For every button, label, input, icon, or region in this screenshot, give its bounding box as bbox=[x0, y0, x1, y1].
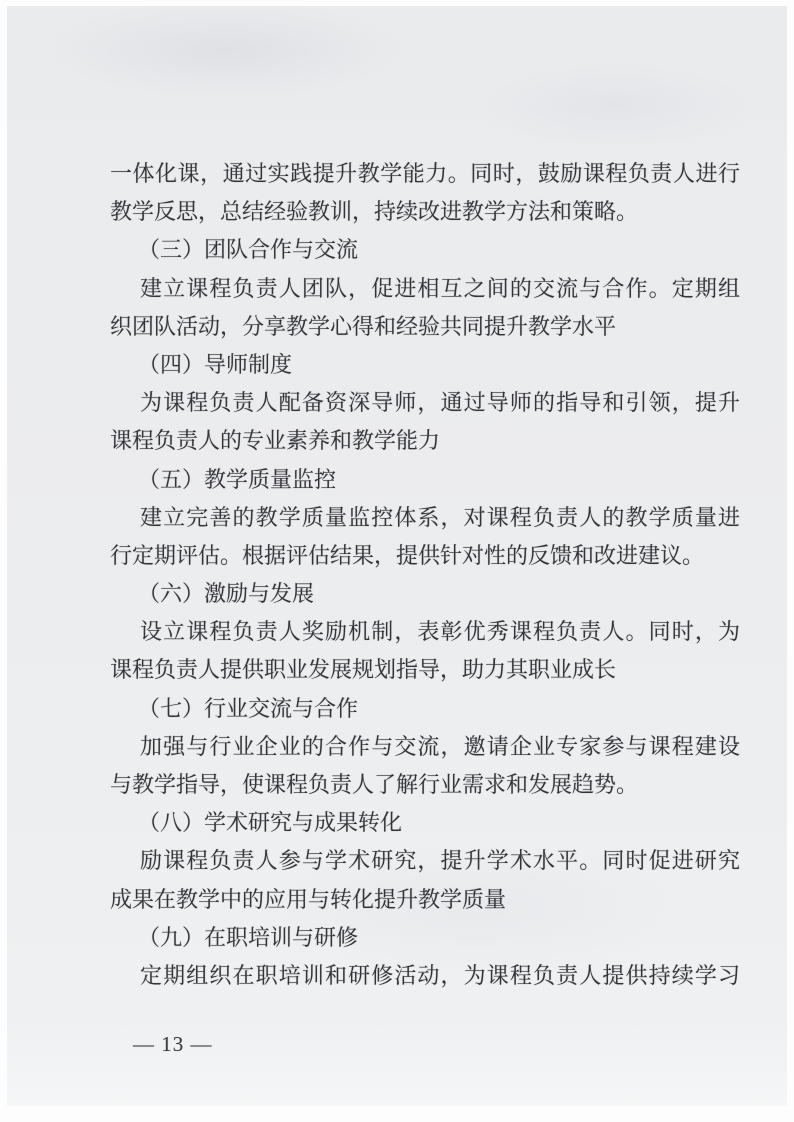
text-line: 行定期评估。根据评估结果，提供针对性的反馈和改进建议。 bbox=[110, 537, 740, 575]
text-line: 为课程负责人配备资深导师，通过导师的指导和引领，提升 bbox=[110, 384, 740, 422]
section-heading: （四）导师制度 bbox=[110, 346, 740, 384]
text-line: 成果在教学中的应用与转化提升教学质量 bbox=[110, 881, 740, 919]
text-line: 建立课程负责人团队，促进相互之间的交流与合作。定期组 bbox=[110, 270, 740, 308]
text-line: 一体化课，通过实践提升教学能力。同时，鼓励课程负责人进行 bbox=[110, 155, 740, 193]
section-heading: （八）学术研究与成果转化 bbox=[110, 804, 740, 842]
text-line: 定期组织在职培训和研修活动，为课程负责人提供持续学习 bbox=[110, 957, 740, 995]
text-line: 课程负责人的专业素养和教学能力 bbox=[110, 422, 740, 460]
scanned-document-view: 一体化课，通过实践提升教学能力。同时，鼓励课程负责人进行 教学反思，总结经验教训… bbox=[0, 0, 794, 1122]
document-body: 一体化课，通过实践提升教学能力。同时，鼓励课程负责人进行 教学反思，总结经验教训… bbox=[110, 155, 740, 995]
section-heading: （七）行业交流与合作 bbox=[110, 690, 740, 728]
text-line: 教学反思，总结经验教训，持续改进教学方法和策略。 bbox=[110, 193, 740, 231]
section-heading: （九）在职培训与研修 bbox=[110, 919, 740, 957]
text-line: 建立完善的教学质量监控体系，对课程负责人的教学质量进 bbox=[110, 499, 740, 537]
section-heading: （五）教学质量监控 bbox=[110, 461, 740, 499]
text-line: 课程负责人提供职业发展规划指导，助力其职业成长 bbox=[110, 651, 740, 689]
text-line: 设立课程负责人奖励机制，表彰优秀课程负责人。同时，为 bbox=[110, 613, 740, 651]
section-heading: （三）团队合作与交流 bbox=[110, 231, 740, 269]
text-line: 励课程负责人参与学术研究，提升学术水平。同时促进研究 bbox=[110, 842, 740, 880]
section-heading: （六）激励与发展 bbox=[110, 575, 740, 613]
scanned-page: 一体化课，通过实践提升教学能力。同时，鼓励课程负责人进行 教学反思，总结经验教训… bbox=[7, 6, 787, 1106]
page-number: — 13 — bbox=[133, 1032, 213, 1057]
text-line: 织团队活动，分享教学心得和经验共同提升教学水平 bbox=[110, 308, 740, 346]
text-line: 加强与行业企业的合作与交流，邀请企业专家参与课程建设 bbox=[110, 728, 740, 766]
text-line: 与教学指导，使课程负责人了解行业需求和发展趋势。 bbox=[110, 766, 740, 804]
